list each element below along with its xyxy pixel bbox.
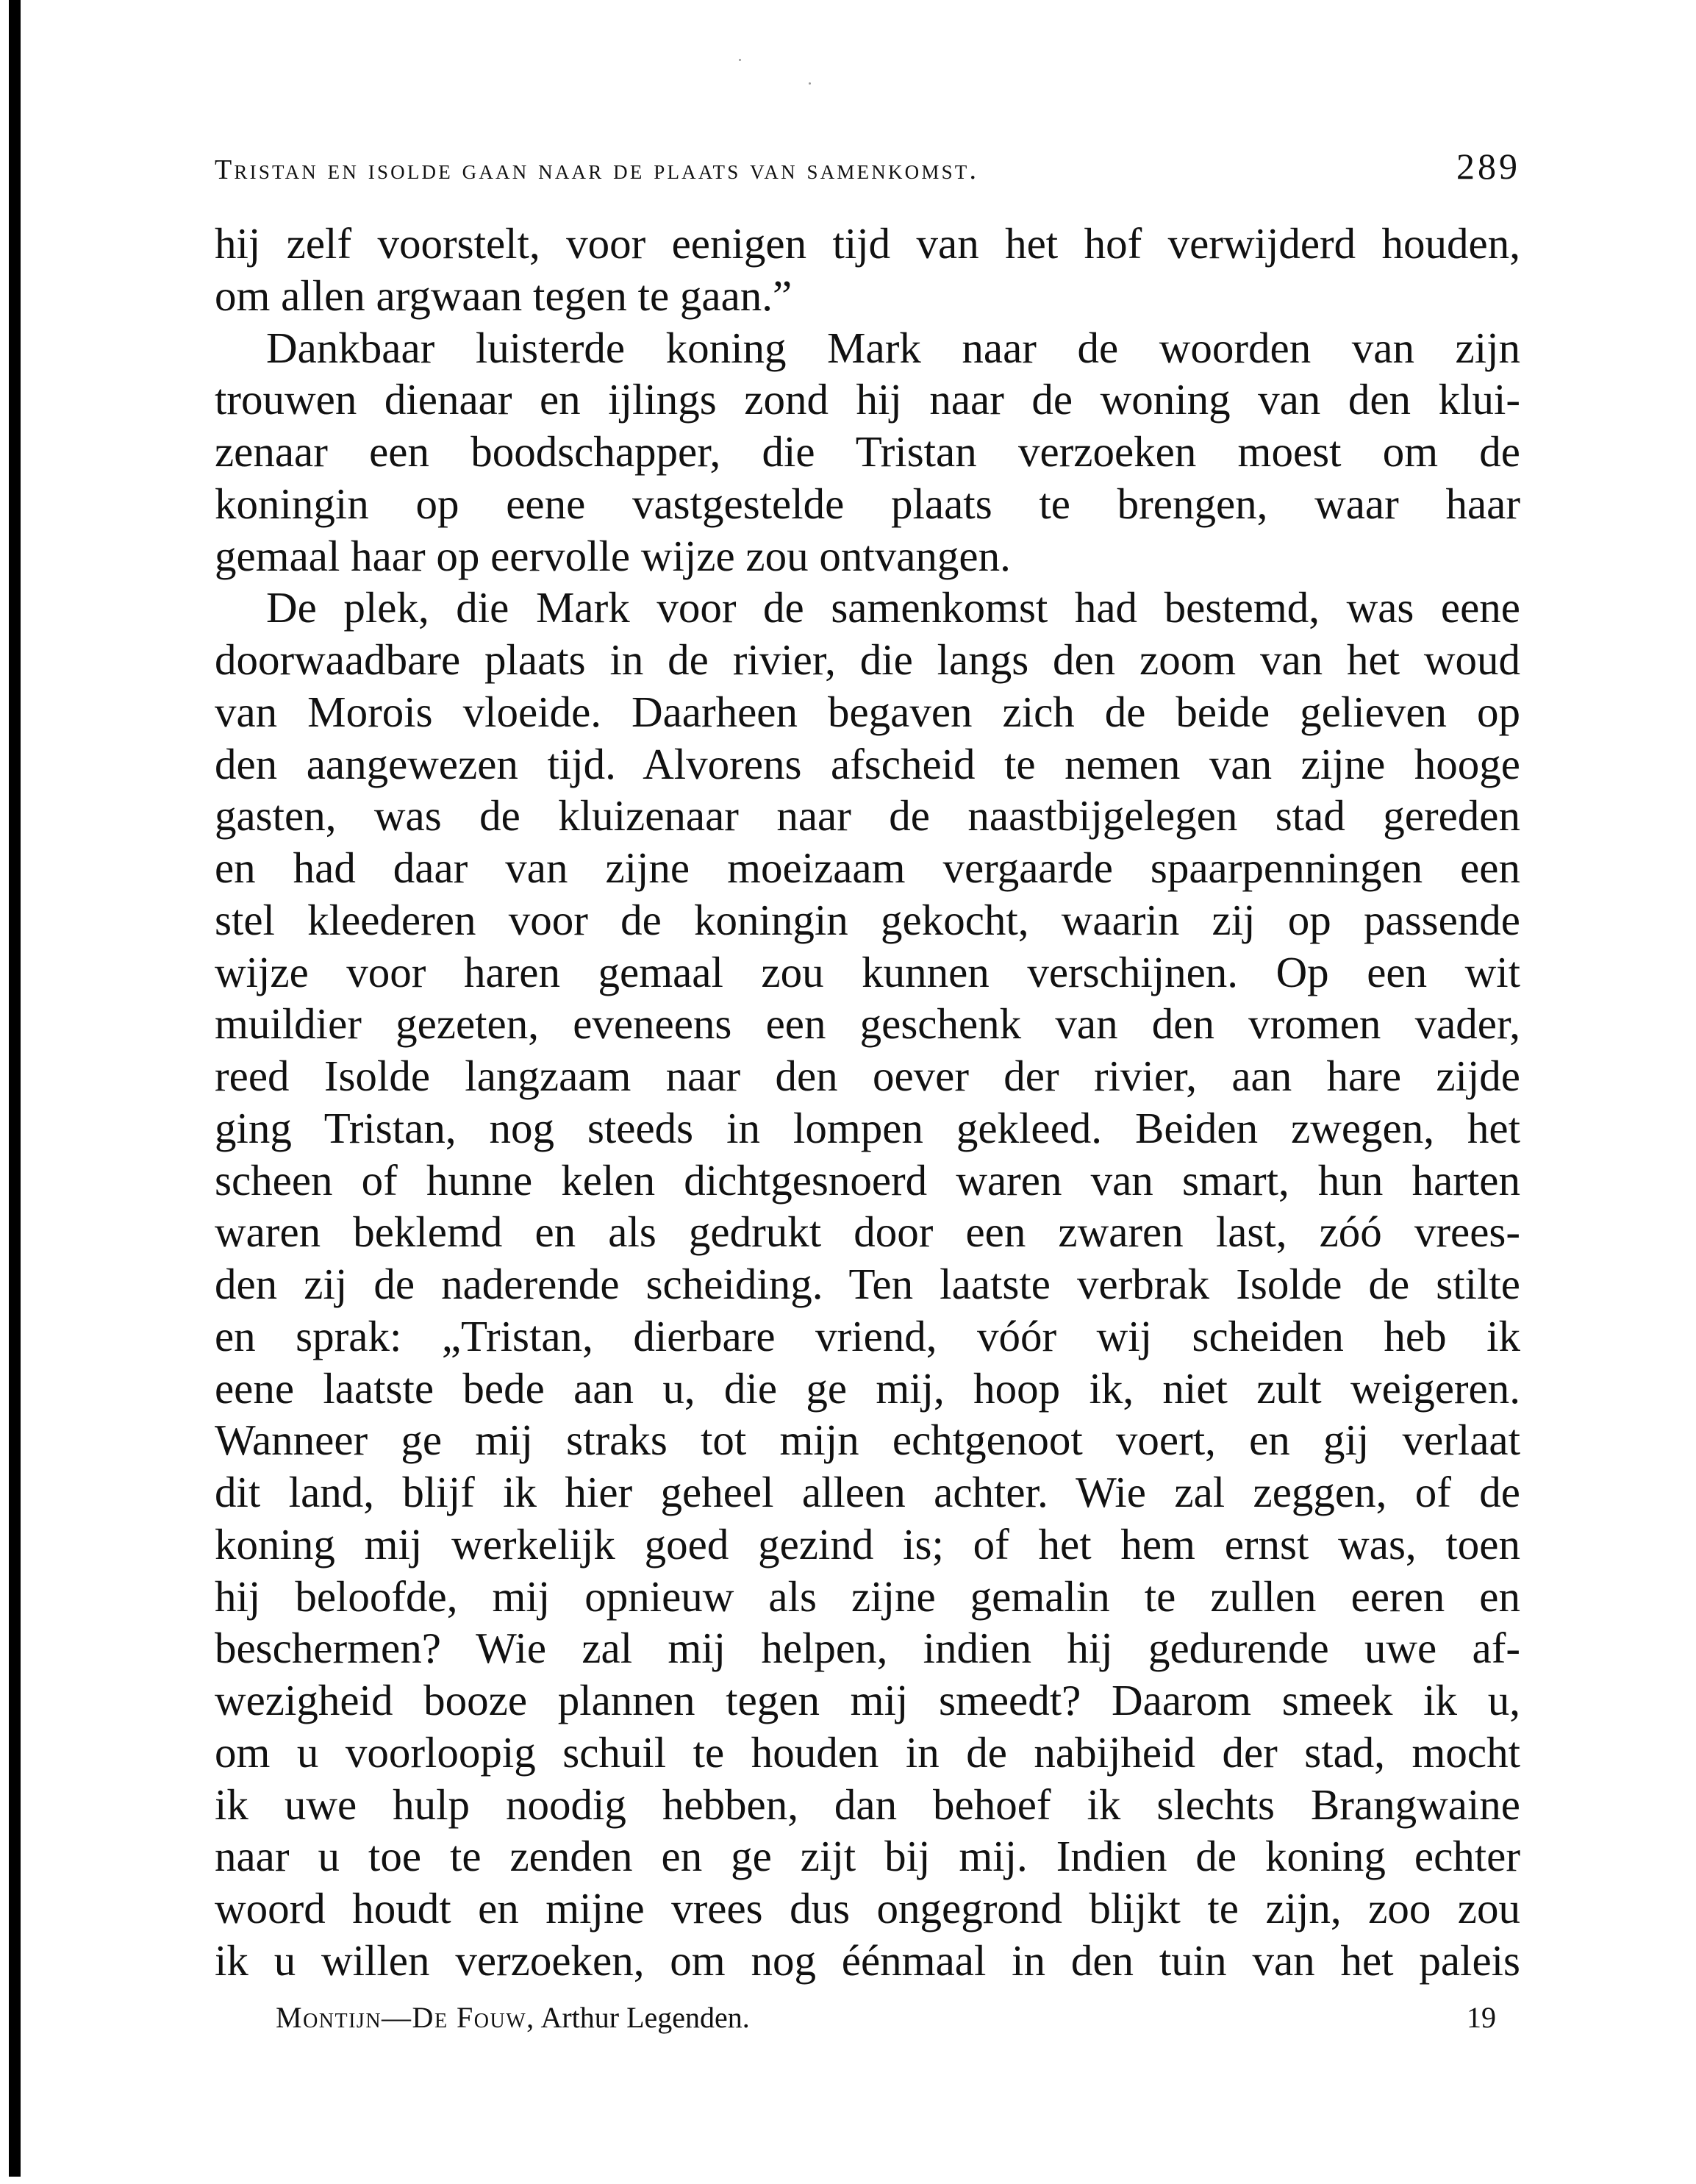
text-line: Dankbaar luisterde koning Mark naar de w… (215, 322, 1520, 374)
text-line: ging Tristan, nog steeds in lompen gekle… (215, 1102, 1520, 1155)
text-line: wijze voor haren gemaal zou kunnen versc… (215, 946, 1520, 999)
text-line: woord houdt en mijne vrees dus ongegrond… (215, 1883, 1520, 1935)
text-line: scheen of hunne kelen dichtgesnoerd ware… (215, 1155, 1520, 1207)
text-line: beschermen? Wie zal mij helpen, indien h… (215, 1622, 1520, 1674)
text-line: ik u willen verzoeken, om nog éénmaal in… (215, 1935, 1520, 1987)
text-line: waren beklemd en als gedrukt door een zw… (215, 1206, 1520, 1258)
text-line: eene laatste bede aan u, die ge mij, hoo… (215, 1363, 1520, 1415)
signature-mark: 19 (1467, 1997, 1496, 2038)
text-line: naar u toe te zenden en ge zijt bij mij.… (215, 1830, 1520, 1883)
text-line: om allen argwaan tegen te gaan.” (215, 270, 1520, 322)
paper-speck (739, 59, 741, 61)
text-line: koning mij werkelijk goed gezind is; of … (215, 1519, 1520, 1571)
book-signature: Montijn—De Fouw, Arthur Legenden. (276, 1997, 750, 2038)
text-line: koningin op eene vastgestelde plaats te … (215, 478, 1520, 530)
text-line: dit land, blijf ik hier geheel alleen ac… (215, 1466, 1520, 1519)
signature-title: Arthur Legenden. (540, 2001, 749, 2034)
text-line: en had daar van zijne moeizaam vergaarde… (215, 842, 1520, 894)
text-line: zenaar een boodschapper, die Tristan ver… (215, 426, 1520, 478)
text-line: ik uwe hulp noodig hebben, dan behoef ik… (215, 1779, 1520, 1831)
text-line: den aangewezen tijd. Alvorens afscheid t… (215, 738, 1520, 791)
chapter-title: Tristan en Isolde gaan naar de plaats va… (215, 148, 978, 192)
text-line: gemaal haar op eervolle wijze zou ontvan… (215, 530, 1520, 582)
signature-author: Montijn—De Fouw, (276, 2001, 535, 2034)
text-line: De plek, die Mark voor de samenkomst had… (215, 582, 1520, 634)
text-line: om u voorloopig schuil te houden in de n… (215, 1727, 1520, 1779)
text-line: hij zelf voorstelt, voor eenigen tijd va… (215, 218, 1520, 270)
text-line: en sprak: „Tristan, dierbare vriend, vóó… (215, 1310, 1520, 1363)
paper-speck (809, 82, 811, 85)
text-line: van Morois vloeide. Daarheen begaven zic… (215, 686, 1520, 738)
signature-footer: Montijn—De Fouw, Arthur Legenden. 19 (276, 1997, 1496, 2038)
text-line: den zij de naderende scheiding. Ten laat… (215, 1258, 1520, 1310)
text-line: reed Isolde langzaam naar den oever der … (215, 1050, 1520, 1102)
text-line: muildier gezeten, eveneens een geschenk … (215, 998, 1520, 1050)
running-head: Tristan en Isolde gaan naar de plaats va… (215, 144, 1520, 188)
page-number: 289 (1456, 144, 1520, 188)
body-text: hij zelf voorstelt, voor eenigen tijd va… (215, 218, 1520, 1987)
text-line: doorwaadbare plaats in de rivier, die la… (215, 634, 1520, 686)
text-line: trouwen dienaar en ijlings zond hij naar… (215, 374, 1520, 426)
text-line: stel kleederen voor de koningin gekocht,… (215, 894, 1520, 946)
text-line: hij beloofde, mij opnieuw als zijne gema… (215, 1571, 1520, 1623)
text-line: Wanneer ge mij straks tot mijn echtgenoo… (215, 1414, 1520, 1466)
page-edge-bar (9, 0, 21, 2177)
text-line: wezigheid booze plannen tegen mij smeedt… (215, 1674, 1520, 1727)
text-line: gasten, was de kluizenaar naar de naastb… (215, 790, 1520, 842)
